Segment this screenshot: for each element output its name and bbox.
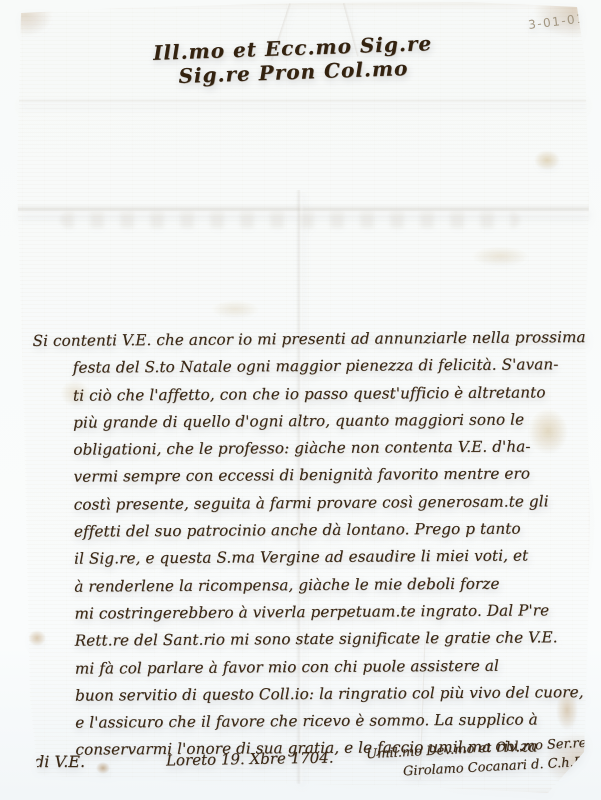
letter-salutation: Ill.mo et Ecc.mo Sig.re Sig.re Pron Col.…: [117, 30, 468, 90]
letter-line: festa del S.to Natale ogni maggior piene…: [31, 351, 583, 382]
stain-spot: [210, 300, 260, 318]
ink-show-through: [60, 212, 520, 228]
letter-line: il Sig.re, e questa S.ma Vergine ad esau…: [32, 542, 584, 573]
letter-line: Rett.re del Sant.rio mi sono state signi…: [33, 624, 585, 655]
letter-line: più grande di quello d'ogni altro, quant…: [31, 406, 583, 437]
letter-line: Si contenti V.E. che ancor io mi present…: [30, 324, 582, 355]
place-dateline: Loreto 19. Xbre 1704.: [166, 749, 334, 770]
letter-body: Si contenti V.E. che ancor io mi present…: [30, 324, 585, 765]
letter-line: obligationi, che le professo: giàche non…: [31, 433, 583, 464]
letter-line: ti ciò che l'affetto, con che io passo q…: [31, 379, 583, 410]
letter-line: buon servitio di questo Coll.io: la ring…: [33, 679, 585, 710]
scan-stage: 3-01-010 Ill.mo et Ecc.mo Sig.re Sig.re …: [0, 0, 601, 800]
letter-sheet-wrapper: 3-01-010 Ill.mo et Ecc.mo Sig.re Sig.re …: [0, 0, 601, 800]
letter-line: costì presente, seguita à farmi provare …: [32, 488, 584, 519]
letter-line: mi costringerebbero à viverla perpetuam.…: [32, 597, 584, 628]
letter-sheet: 3-01-010 Ill.mo et Ecc.mo Sig.re Sig.re …: [0, 0, 601, 800]
letter-line: vermi sempre con eccessi di benignità fa…: [31, 461, 583, 492]
fold-crease-horizontal-upper: [0, 98, 601, 106]
stain-spot: [470, 246, 530, 266]
letter-line: effetti del suo patrocinio anche dà lont…: [32, 515, 584, 546]
fold-crease-horizontal-main: [0, 204, 601, 218]
letter-line: mi fà col parlare à favor mio con chi pu…: [33, 652, 585, 683]
letter-line: e l'assicuro che il favore che ricevo è …: [33, 706, 585, 737]
closing-addressee: di V.E.: [34, 752, 85, 771]
stain-spot: [534, 150, 560, 170]
letter-line: à renderlene la ricompensa, giàche le mi…: [32, 570, 584, 601]
archive-shelfmark-label: 3-01-010: [527, 10, 595, 32]
